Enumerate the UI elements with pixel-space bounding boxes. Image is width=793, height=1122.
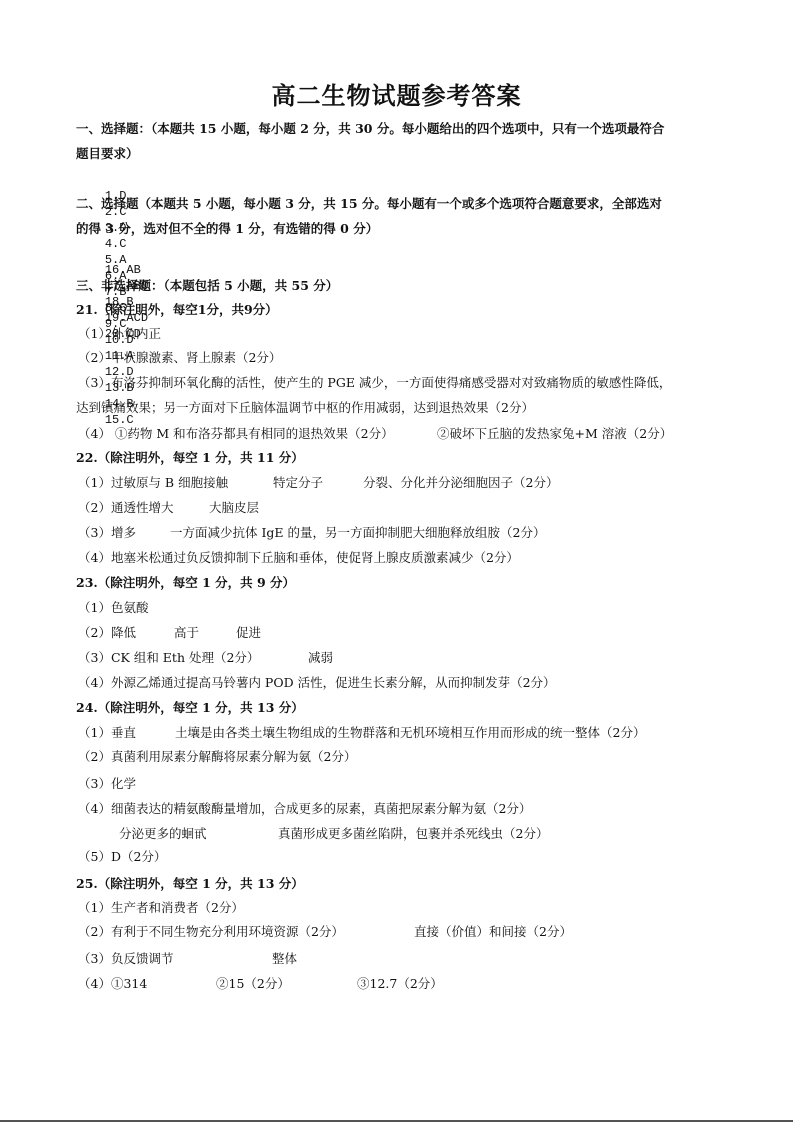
q22-part1a: （1）过敏原与 B 细胞接触 bbox=[78, 475, 228, 491]
q21-part2: （2）甲状腺激素、肾上腺素（2分） bbox=[78, 350, 281, 366]
q23-part1: （1）色氨酸 bbox=[78, 600, 148, 616]
section2-heading: 二、选择题（本题共 5 小题，每小题 3 分，共 15 分。每小题有一个或多个选… bbox=[76, 196, 662, 212]
page-title: 高二生物试题参考答案 bbox=[0, 76, 793, 111]
q22-part1c: 分裂、分化并分泌细胞因子（2分） bbox=[363, 475, 558, 491]
q24-header: 24.（除注明外，每空 1 分，共 13 分） bbox=[76, 700, 304, 716]
q23-part2c: 促进 bbox=[236, 625, 261, 641]
q22-part3b: 一方面减少抗体 IgE 的量，另一方面抑制肥大细胞释放组胺（2分） bbox=[170, 525, 545, 541]
q23-part2b: 高于 bbox=[174, 625, 199, 641]
q25-part4b: ②15（2分） bbox=[216, 976, 290, 992]
q24-part1a: （1）垂直 bbox=[78, 725, 136, 741]
answer: 16.AB bbox=[105, 263, 141, 277]
q22-part2b: 大脑皮层 bbox=[209, 500, 259, 516]
q22-part4: （4）地塞米松通过负反馈抑制下丘脑和垂体，使促肾上腺皮质激素减少（2分） bbox=[78, 550, 519, 566]
section2-heading-cont: 的得 3 分，选对但不全的得 1 分，有选错的得 0 分） bbox=[76, 221, 378, 237]
q23-part2a: （2）降低 bbox=[78, 625, 136, 641]
q25-part2b: 直接（价值）和间接（2分） bbox=[414, 924, 572, 940]
document-page: 高二生物试题参考答案 一、选择题：（本题共 15 小题，每小题 2 分，共 30… bbox=[0, 0, 793, 1122]
q21-part1: （1）外负内正 bbox=[78, 326, 161, 342]
q24-part4c: 真菌形成更多菌丝陷阱，包裹并杀死线虫（2分） bbox=[278, 826, 548, 842]
q23-part4: （4）外源乙烯通过提高马铃薯内 POD 活性，促进生长素分解，从而抑制发芽（2分… bbox=[78, 675, 556, 691]
q25-part2a: （2）有利于不同生物充分利用环境资源（2分） bbox=[78, 924, 344, 940]
q21-part3-cont: 达到镇痛效果；另一方面对下丘脑体温调节中枢的作用减弱，达到退热效果（2分） bbox=[76, 400, 534, 416]
q22-part2a: （2）通透性增大 bbox=[78, 500, 173, 516]
q24-part3: （3）化学 bbox=[78, 776, 136, 792]
q24-part2: （2）真菌利用尿素分解酶将尿素分解为氨（2分） bbox=[78, 749, 356, 765]
q25-part3b: 整体 bbox=[272, 951, 297, 967]
q24-part5: （5）D（2分） bbox=[78, 849, 166, 865]
q24-part4b: 分泌更多的蛔甙 bbox=[119, 826, 207, 842]
q25-header: 25.（除注明外，每空 1 分，共 13 分） bbox=[76, 876, 304, 892]
q22-header: 22.（除注明外，每空 1 分，共 11 分） bbox=[76, 450, 304, 466]
q25-part3a: （3）负反馈调节 bbox=[78, 951, 173, 967]
q25-part1: （1）生产者和消费者（2分） bbox=[78, 900, 244, 916]
q23-header: 23.（除注明外，每空 1 分，共 9 分） bbox=[76, 575, 295, 591]
q21-part3: （3）布洛芬抑制环氧化酶的活性，使产生的 PGE 减少，一方面使得痛感受器对对致… bbox=[78, 375, 671, 391]
q25-part4a: （4）①314 bbox=[78, 976, 147, 992]
section3-heading: 三、非选择题：（本题包括 5 小题，共 55 分） bbox=[76, 278, 338, 294]
section1-heading-cont: 题目要求） bbox=[76, 146, 139, 162]
q24-part4a: （4）细菌表达的精氨酸酶量增加，合成更多的尿素，真菌把尿素分解为氨（2分） bbox=[78, 801, 531, 817]
q22-part3a: （3）增多 bbox=[78, 525, 136, 541]
q24-part1b: 土壤是由各类土壤生物组成的生物群落和无机环境相互作用而形成的统一整体（2分） bbox=[175, 725, 645, 741]
q23-part3b: 减弱 bbox=[308, 650, 333, 666]
q23-part3a: （3）CK 组和 Eth 处理（2分） bbox=[78, 650, 259, 666]
q21-part4b: ②破坏下丘脑的发热家兔+M 溶液（2分） bbox=[437, 426, 672, 442]
q25-part4c: ③12.7（2分） bbox=[357, 976, 443, 992]
section1-heading: 一、选择题：（本题共 15 小题，每小题 2 分，共 30 分。每小题给出的四个… bbox=[76, 121, 664, 137]
q22-part1b: 特定分子 bbox=[273, 475, 323, 491]
q21-header: 21.（除注明外，每空1分，共9分） bbox=[76, 302, 278, 318]
q21-part4a: （4） ①药物 M 和布洛芬都具有相同的退热效果（2分） bbox=[78, 426, 394, 442]
